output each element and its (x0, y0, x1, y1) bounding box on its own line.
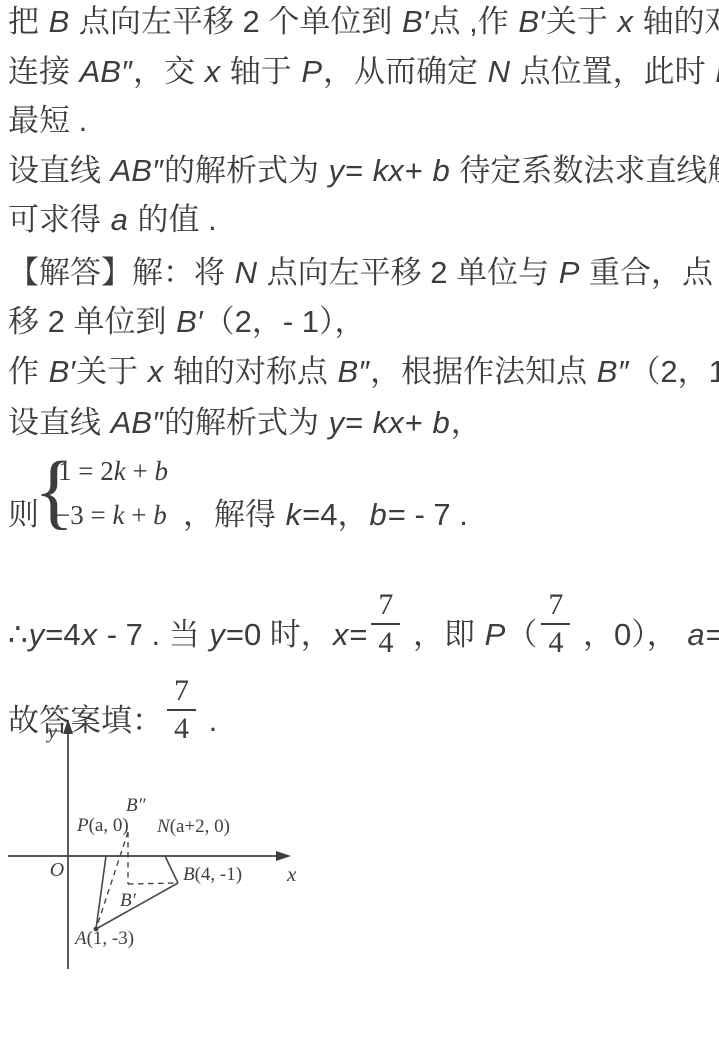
text-line-9: 设直线 AB″的解析式为 y= kx+ b， (8, 403, 482, 443)
text-line-5: 可求得 a 的值 . (8, 200, 217, 240)
text-line-3: 最短 . (8, 101, 87, 141)
label-point-B: B(4, -1) (183, 864, 242, 885)
label-point-B1: B′ (120, 890, 137, 911)
label-point-N: N(a+2, 0) (156, 816, 230, 837)
label-point-B2: B″ (126, 795, 147, 816)
y-axis-label: y (46, 719, 58, 743)
system-tail-text: ，解得 k=4，b= - 7 . (183, 495, 468, 535)
text-line-conclusion: ∴y=4x - 7 . 当 y=0 时，x=74 ，即 P（74 ，0）， a=… (8, 588, 719, 660)
text-line-7: 移 2 单位到 B′（2，- 1）， (8, 302, 366, 342)
text-line-1: 把 B 点向左平移 2 个单位到 B′点 ,作 B′关于 x 轴的对称点 (8, 2, 719, 42)
math-solution-page: 把 B 点向左平移 2 个单位到 B′点 ,作 B′关于 x 轴的对称点 连接 … (0, 0, 719, 1053)
text-line-8: 作 B′关于 x 轴的对称点 B″，根据作法知点 B″（2，1） (8, 352, 719, 392)
text-line-6: 【解答】解：将 N 点向左平移 2 单位与 P 重合，点 B 向 (8, 253, 719, 293)
segment-N-B (165, 856, 178, 883)
segment-P-A (96, 856, 106, 929)
equation-system: 则 { 1 = 2k + b −3 = k + b ，解得 k=4，b= - 7… (0, 448, 719, 544)
segment-B1-B-dashed (128, 883, 178, 884)
y-axis-arrow-icon (63, 719, 73, 734)
equation-1: 1 = 2k + b (58, 456, 168, 486)
fraction: 74 (541, 588, 570, 660)
equation-2: −3 = k + b (55, 500, 167, 530)
origin-label: O (50, 859, 64, 881)
x-axis-arrow-icon (276, 851, 291, 861)
label-point-P: P(a, 0) (76, 815, 129, 836)
text-line-4: 设直线 AB″的解析式为 y= kx+ b 待定系数法求直线解析 (8, 151, 719, 191)
coordinate-diagram: y x O B″ P(a, 0) N(a+2, 0) B(4, -1) B′ A… (0, 712, 340, 1012)
x-axis-label: x (286, 862, 297, 886)
text-line-2: 连接 AB″，交 x 轴于 P，从而确定 N 点位置，此时 PA+ (8, 52, 719, 92)
label-point-A: A(1, -3) (73, 928, 134, 949)
fraction: 74 (371, 588, 400, 660)
